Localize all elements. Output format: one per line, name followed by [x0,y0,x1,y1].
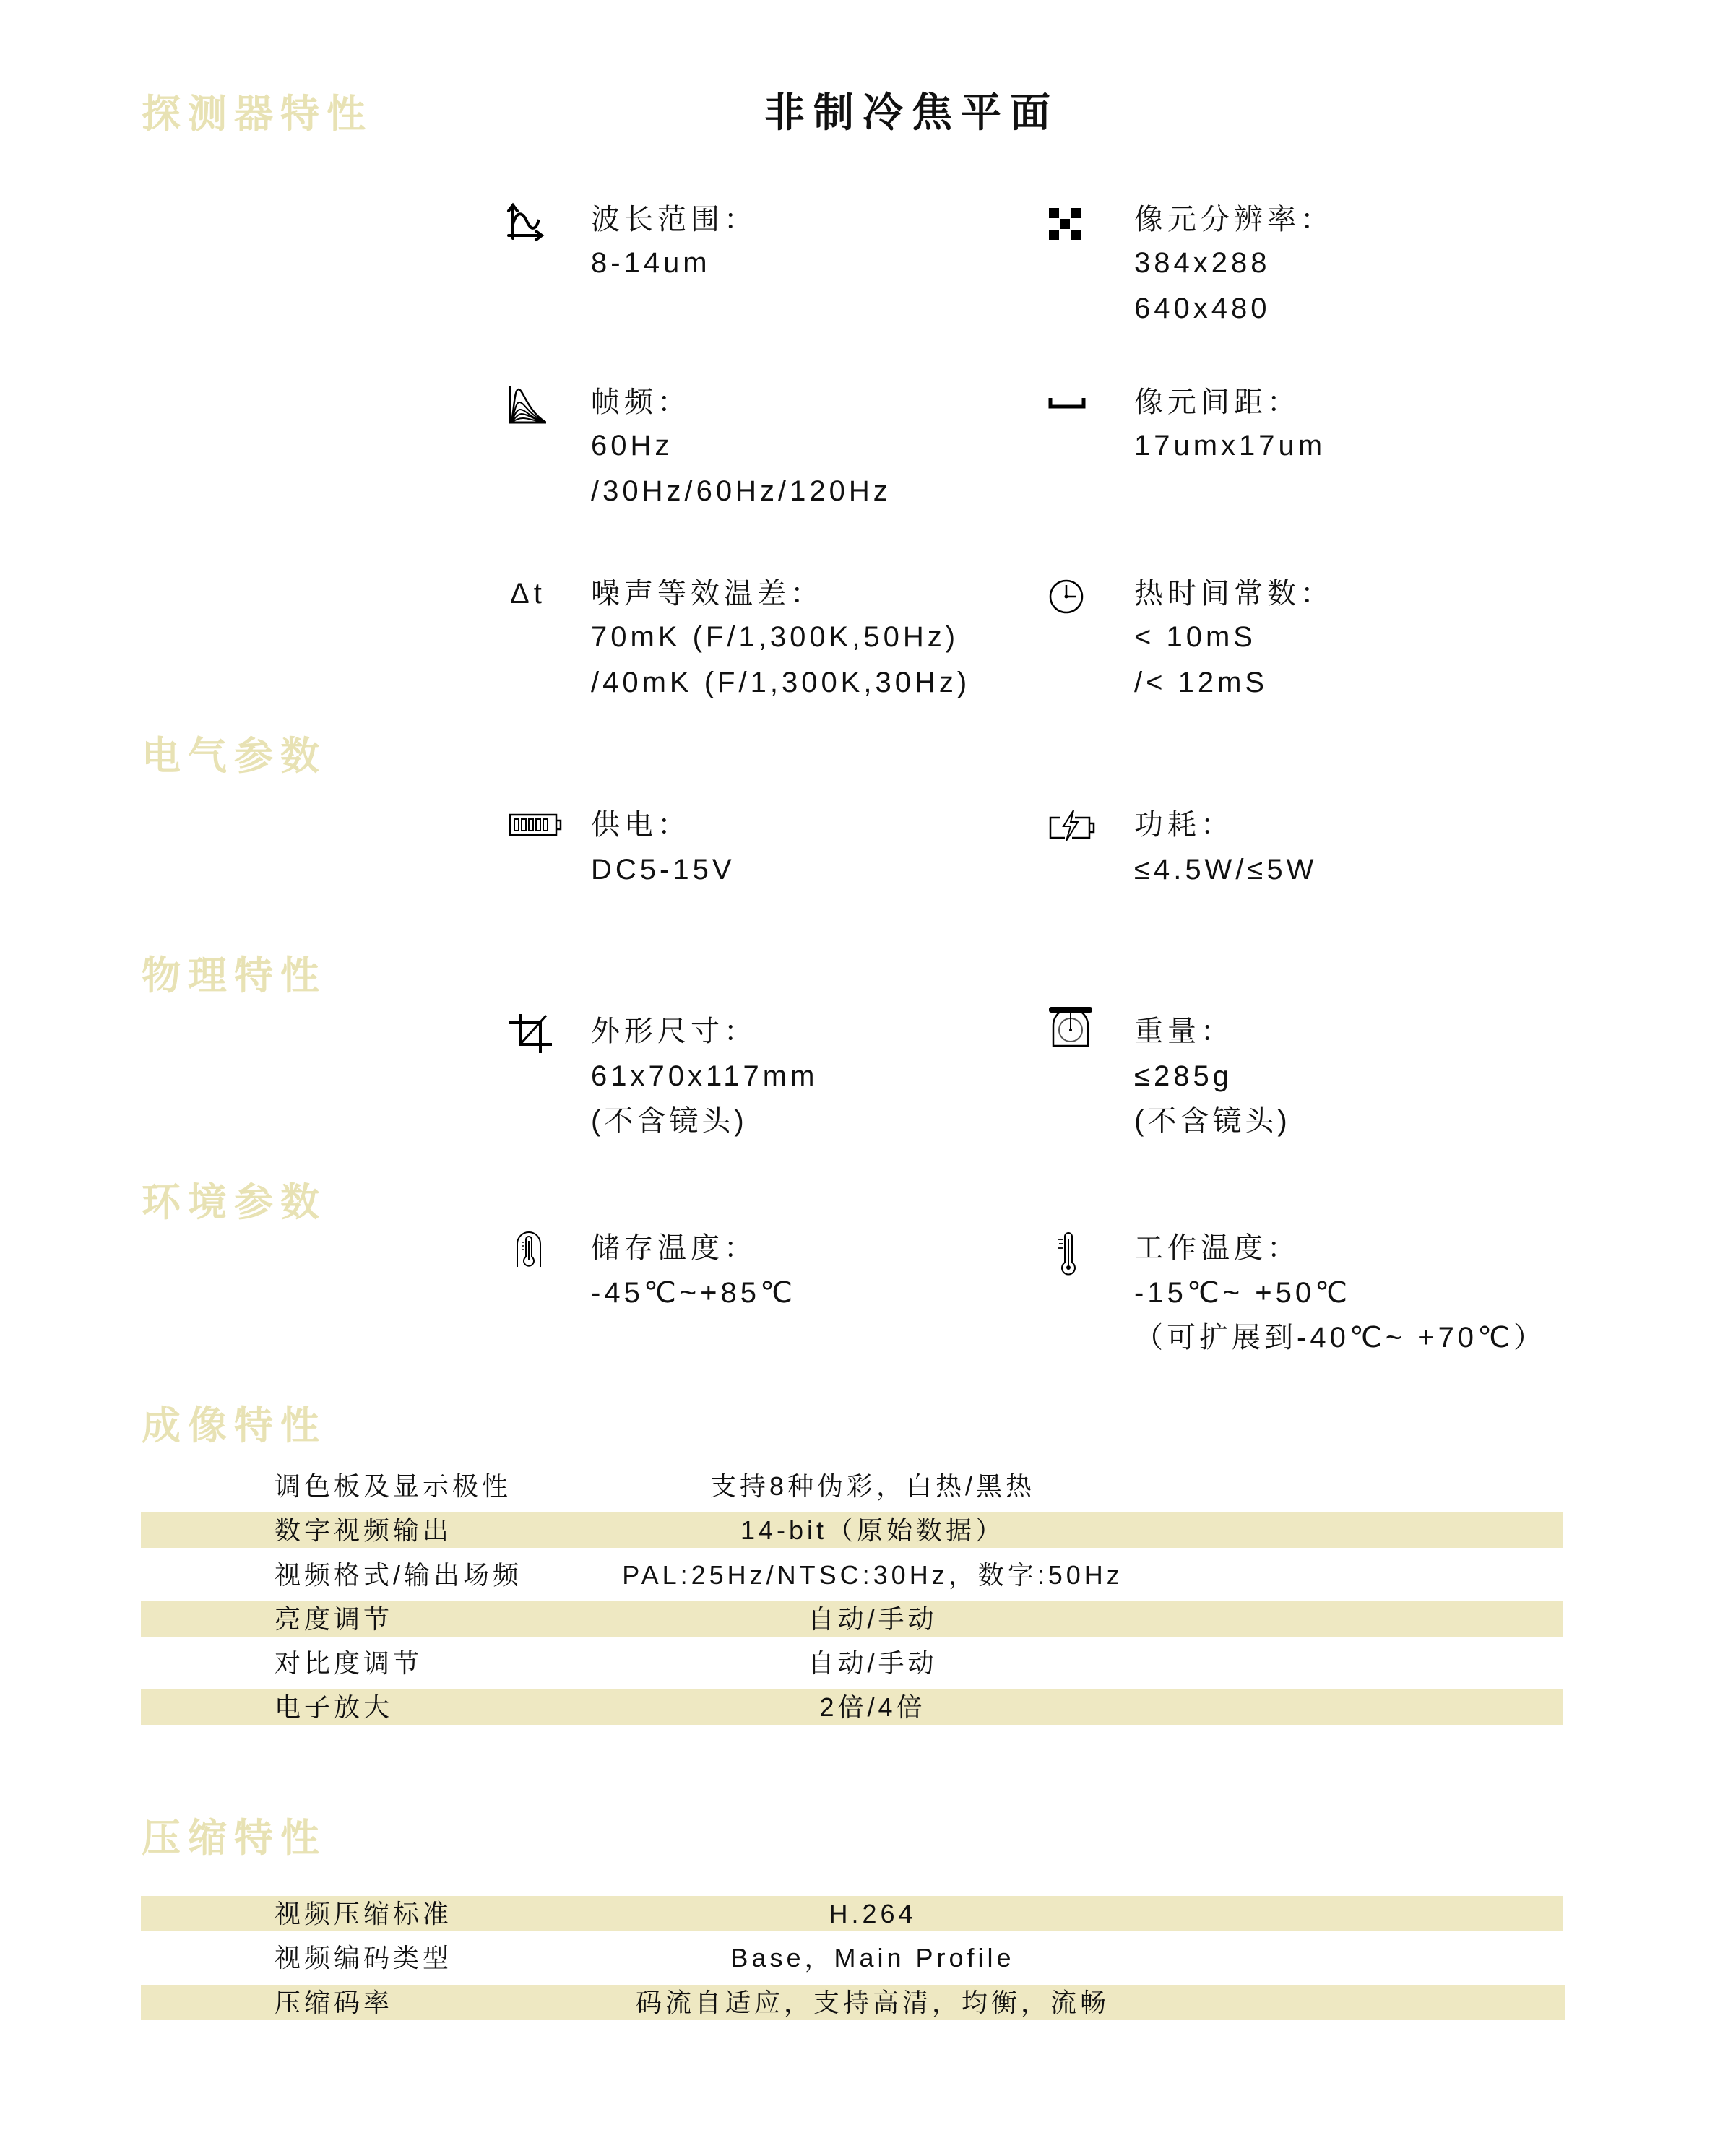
section-heading-detector: 探测器特性 [142,95,373,134]
spec-label: 重量： [1134,1014,1234,1049]
spec-value: /< 12mS [1134,665,1268,700]
spec-value: < 10mS [1134,620,1256,654]
spec-label: 工作温度： [1134,1231,1300,1265]
table-row: 视频编码类型 Base，Main Profile [141,1940,1563,1975]
table-row: 亮度调节 自动/手动 [141,1601,1563,1637]
spec-label: 帧频： [591,385,691,420]
section-heading-imaging: 成像特性 [142,1406,327,1445]
battery-icon [509,808,553,848]
spec-label: 像元间距： [1134,385,1300,420]
spec-value: 17umx17um [1134,428,1326,463]
section-heading-compression: 压缩特性 [142,1819,327,1858]
table-row: 对比度调节 自动/手动 [141,1645,1563,1681]
section-heading-physical: 物理特性 [142,956,327,995]
row-value: 码流自适应，支持高清，均衡，流畅 [636,1988,1110,2018]
spec-label: 供电： [591,808,691,842]
spec-value: (不含镜头) [1134,1104,1291,1138]
row-value: 自动/手动 [808,1604,937,1635]
spec-value: 70mK (F/1,300K,50Hz) [591,620,959,654]
row-value: 14-bit（原始数据） [740,1515,1005,1546]
row-key: 视频压缩标准 [275,1899,452,1929]
page-title: 非制冷焦平面 [764,92,1059,133]
table-row: 电子放大 2倍/4倍 [141,1689,1563,1725]
clock-icon [1047,576,1092,617]
spec-value: 60Hz [591,428,673,463]
spec-value: /30Hz/60Hz/120Hz [591,474,891,508]
row-value: 2倍/4倍 [819,1692,925,1723]
row-key: 压缩码率 [275,1988,393,2018]
spec-label: 噪声等效温差： [591,576,824,611]
section-heading-environment: 环境参数 [142,1183,327,1222]
spec-value: (不含镜头) [591,1104,748,1138]
bracket-spacing-icon [1047,385,1092,425]
table-row: 视频压缩标准 H.264 [141,1896,1563,1931]
row-value: Base，Main Profile [730,1943,1014,1973]
row-value: H.264 [829,1899,916,1929]
spec-value: 61x70x117mm [591,1059,818,1094]
wave-graph-icon [506,202,550,243]
spec-label: 外形尺寸： [591,1014,757,1049]
thermometer-icon [1055,1231,1100,1271]
spec-value: （可扩展到-40℃~ +70℃） [1134,1320,1546,1355]
row-key: 对比度调节 [275,1648,423,1679]
table-row: 视频格式/输出场频 PAL:25Hz/NTSC:30Hz，数字:50Hz [141,1557,1563,1593]
decay-curve-icon [506,385,550,425]
table-row: 压缩码率 码流自适应，支持高清，均衡，流畅 [141,1985,1565,2020]
table-row: 调色板及显示极性 支持8种伪彩，白热/黑热 [141,1468,1563,1504]
row-key: 电子放大 [275,1692,393,1723]
row-key: 视频编码类型 [275,1943,452,1973]
spec-label: 储存温度： [591,1231,757,1265]
row-value: 自动/手动 [808,1648,937,1679]
row-value: 支持8种伪彩，白热/黑热 [710,1471,1035,1502]
checker-pixel-icon [1047,202,1092,243]
row-value: PAL:25Hz/NTSC:30Hz，数字:50Hz [622,1560,1123,1590]
section-heading-electrical: 电气参数 [142,737,327,776]
row-key: 调色板及显示极性 [275,1471,511,1502]
table-row: 数字视频输出 14-bit（原始数据） [141,1512,1563,1548]
delta-t-icon: Δt [510,576,555,617]
scale-icon [1047,1005,1092,1046]
spec-value: -45℃~+85℃ [591,1276,796,1310]
spec-value: DC5-15V [591,852,735,887]
spec-value: ≤4.5W/≤5W [1134,852,1317,887]
crop-icon [509,1014,553,1055]
spec-value: -15℃~ +50℃ [1134,1276,1351,1310]
row-key: 数字视频输出 [275,1515,452,1546]
spec-label: 热时间常数： [1134,576,1334,611]
spec-label: 功耗： [1134,808,1234,842]
spec-label: 波长范围： [591,202,757,237]
spec-value: /40mK (F/1,300K,30Hz) [591,665,970,700]
spec-value: 640x480 [1134,291,1270,326]
row-key: 视频格式/输出场频 [275,1560,522,1590]
thermometer-icon [514,1231,559,1271]
spec-value: 8-14um [591,246,711,280]
spec-value: 384x288 [1134,246,1270,280]
spec-value: ≤285g [1134,1059,1232,1094]
row-key: 亮度调节 [275,1604,393,1635]
battery-charging-icon [1047,808,1092,848]
spec-label: 像元分辨率： [1134,202,1334,237]
